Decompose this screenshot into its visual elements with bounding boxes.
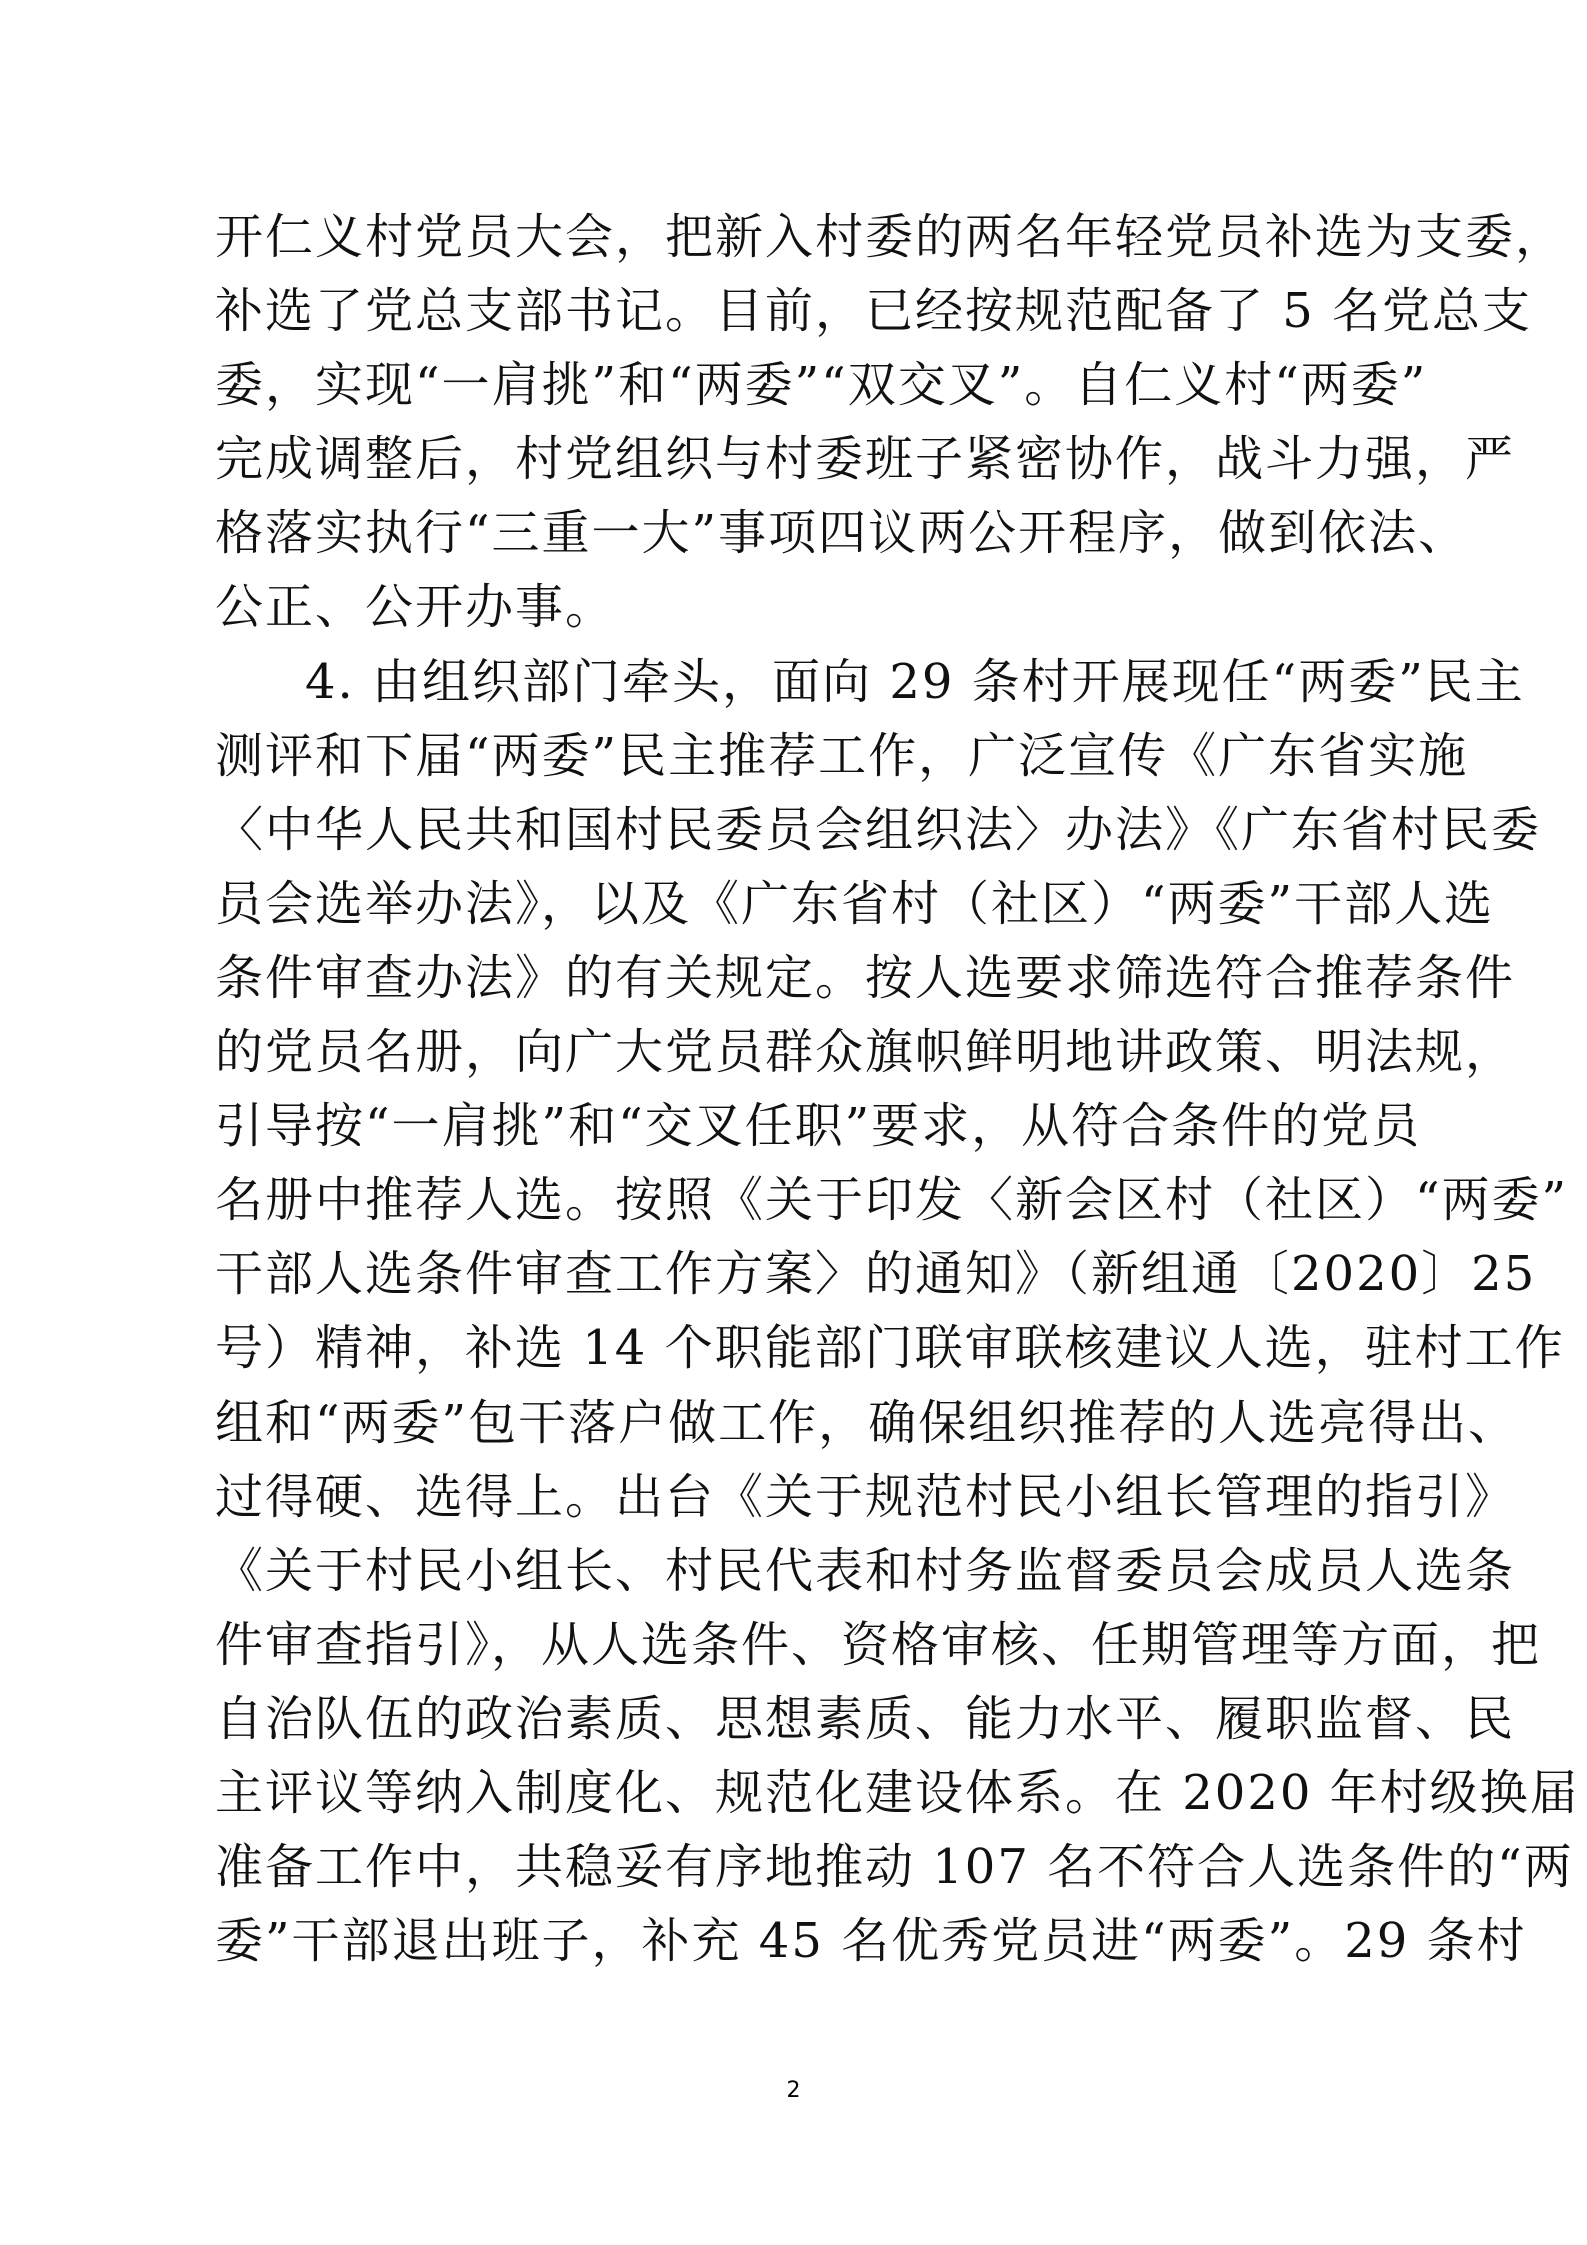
text-line: 委，实现“一肩挑”和“两委”“双交叉”。自仁义村“两委” xyxy=(215,348,1397,422)
text-line: 号）精神，补选 14 个职能部门联审联核建议人选，驻村工作 xyxy=(215,1311,1397,1385)
text-line: 委”干部退出班子，补充 45 名优秀党员进“两委”。29 条村 xyxy=(215,1904,1397,1978)
text-line: 公正、公开办事。 xyxy=(215,570,1397,644)
text-line: 主评议等纳入制度化、规范化建设体系。在 2020 年村级换届 xyxy=(215,1756,1397,1830)
paragraph-first-line: 4. 由组织部门牵头，面向 29 条村开展现任“两委”民主 xyxy=(215,645,1397,719)
text-line: 组和“两委”包干落户做工作，确保组织推荐的人选亮得出、 xyxy=(215,1386,1397,1460)
body-text: 开仁义村党员大会，把新入村委的两名年轻党员补选为支委， 补选了党总支部书记。目前… xyxy=(215,200,1397,1978)
text-line: 测评和下届“两委”民主推荐工作，广泛宣传《广东省实施 xyxy=(215,719,1397,793)
text-line: 自治队伍的政治素质、思想素质、能力水平、履职监督、民 xyxy=(215,1682,1397,1756)
text-line: 件审查指引》，从人选条件、资格审核、任期管理等方面，把 xyxy=(215,1608,1397,1682)
text-line: 条件审查办法》的有关规定。按人选要求筛选符合推荐条件 xyxy=(215,941,1397,1015)
text-line: 《关于村民小组长、村民代表和村务监督委员会成员人选条 xyxy=(215,1534,1397,1608)
text-line: 干部人选条件审查工作方案〉的通知》（新组通〔2020〕25 xyxy=(215,1237,1397,1311)
document-page: 开仁义村党员大会，把新入村委的两名年轻党员补选为支委， 补选了党总支部书记。目前… xyxy=(0,0,1587,2245)
text-line: 过得硬、选得上。出台《关于规范村民小组长管理的指引》 xyxy=(215,1460,1397,1534)
page-number: 2 xyxy=(0,2078,1587,2103)
text-line: 格落实执行“三重一大”事项四议两公开程序，做到依法、 xyxy=(215,496,1397,570)
text-line: 引导按“一肩挑”和“交叉任职”要求，从符合条件的党员 xyxy=(215,1089,1397,1163)
text-line: 开仁义村党员大会，把新入村委的两名年轻党员补选为支委， xyxy=(215,200,1397,274)
text-line: 名册中推荐人选。按照《关于印发〈新会区村（社区）“两委” xyxy=(215,1163,1397,1237)
text-line: 完成调整后，村党组织与村委班子紧密协作，战斗力强，严 xyxy=(215,422,1397,496)
text-line: 的党员名册，向广大党员群众旗帜鲜明地讲政策、明法规， xyxy=(215,1015,1397,1089)
text-line: 补选了党总支部书记。目前，已经按规范配备了 5 名党总支 xyxy=(215,274,1397,348)
text-line: 员会选举办法》，以及《广东省村（社区）“两委”干部人选 xyxy=(215,867,1397,941)
text-line: 〈中华人民共和国村民委员会组织法〉办法》《广东省村民委 xyxy=(215,793,1397,867)
text-line: 准备工作中，共稳妥有序地推动 107 名不符合人选条件的“两 xyxy=(215,1830,1397,1904)
